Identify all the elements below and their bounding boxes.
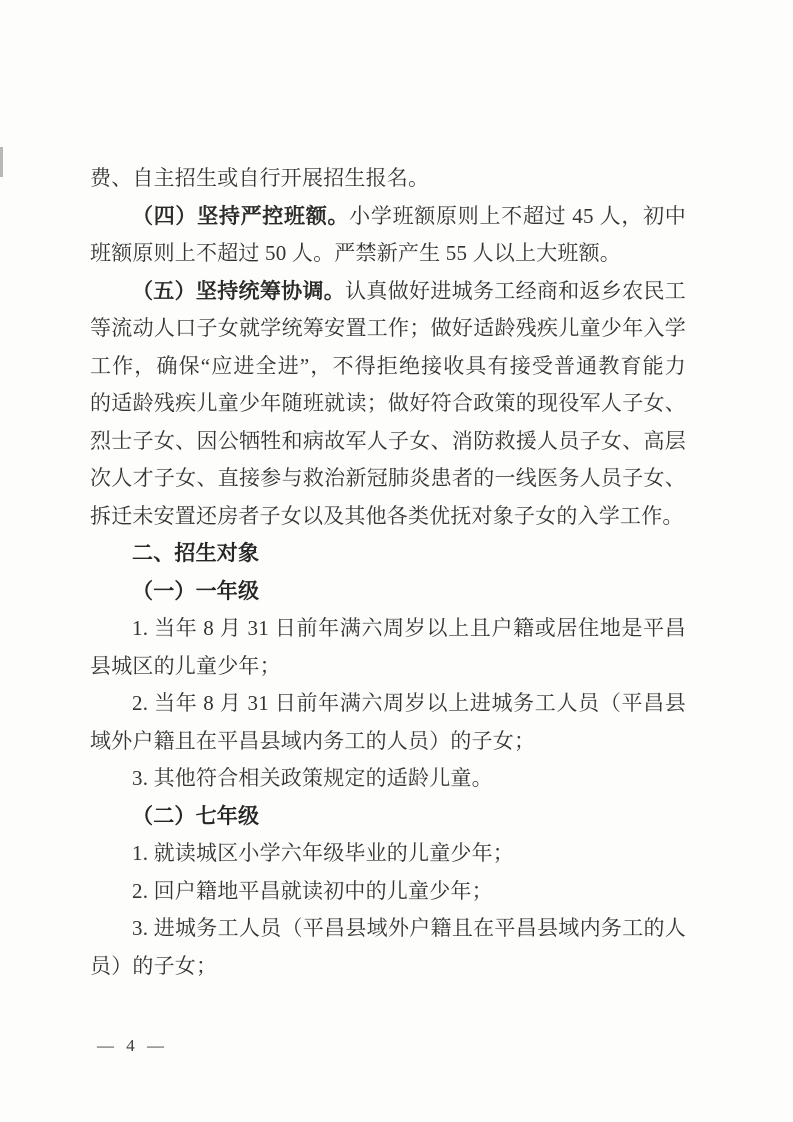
text-segment: 1. 当年 8 月 31 日前年满六周岁以上且户籍或居住地是平昌 [132,616,686,640]
text-segment: 县城区的儿童少年； [90,654,281,678]
text-segment: 费、自主招生或自行开展招生报名。 [90,166,429,190]
text-line: 费、自主招生或自行开展招生报名。 [90,160,686,198]
text-line: （五）坚持统筹协调。认真做好进城务工经商和返乡农民工 [90,273,686,311]
text-line: 烈士子女、因公牺牲和病故军人子女、消防救援人员子女、高层 [90,423,686,461]
text-line: 县城区的儿童少年； [90,648,686,686]
document-body: 费、自主招生或自行开展招生报名。（四）坚持严控班额。小学班额原则上不超过 45 … [90,160,686,985]
text-line: 1. 就读城区小学六年级毕业的儿童少年； [90,835,686,873]
text-segment: 1. 就读城区小学六年级毕业的儿童少年； [132,841,514,865]
text-line: 的适龄残疾儿童少年随班就读；做好符合政策的现役军人子女、 [90,385,686,423]
text-segment: 次人才子女、直接参与救治新冠肺炎患者的一线医务人员子女、 [90,466,686,490]
text-segment: 烈士子女、因公牺牲和病故军人子女、消防救援人员子女、高层 [90,429,686,453]
text-line: 员）的子女； [90,948,686,986]
bold-text-segment: （二）七年级 [132,804,259,828]
text-line: 班额原则上不超过 50 人。严禁新产生 55 人以上大班额。 [90,235,686,273]
text-segment: 3. 其他符合相关政策规定的适龄儿童。 [132,766,493,790]
text-segment: 拆迁未安置还房者子女以及其他各类优抚对象子女的入学工作。 [90,504,684,528]
text-segment: 等流动人口子女就学统筹安置工作；做好适龄残疾儿童少年入学 [90,316,686,340]
text-line: （四）坚持严控班额。小学班额原则上不超过 45 人，初中 [90,198,686,236]
bold-text-segment: （五）坚持统筹协调。 [132,279,345,303]
document-page: 费、自主招生或自行开展招生报名。（四）坚持严控班额。小学班额原则上不超过 45 … [0,0,793,1122]
text-segment: 小学班额原则上不超过 45 人，初中 [349,204,686,228]
bold-text-segment: 二、招生对象 [132,541,259,565]
scan-edge-artifact [0,147,3,177]
heading-line: （二）七年级 [90,798,686,836]
heading-line: 二、招生对象 [90,535,686,573]
text-segment: 班额原则上不超过 50 人。严禁新产生 55 人以上大班额。 [90,241,621,265]
text-line: 等流动人口子女就学统筹安置工作；做好适龄残疾儿童少年入学 [90,310,686,348]
text-segment: 员）的子女； [90,954,217,978]
text-line: 3. 其他符合相关政策规定的适龄儿童。 [90,760,686,798]
text-segment: 认真做好进城务工经商和返乡农民工 [345,279,686,303]
text-line: 2. 当年 8 月 31 日前年满六周岁以上进城务工人员（平昌县 [90,685,686,723]
bold-text-segment: （四）坚持严控班额。 [132,204,349,228]
text-line: 拆迁未安置还房者子女以及其他各类优抚对象子女的入学工作。 [90,498,686,536]
text-segment: 3. 进城务工人员（平昌县域外户籍且在平昌县域内务工的人 [132,916,686,940]
text-line: 2. 回户籍地平昌就读初中的儿童少年； [90,873,686,911]
text-line: 1. 当年 8 月 31 日前年满六周岁以上且户籍或居住地是平昌 [90,610,686,648]
text-line: 次人才子女、直接参与救治新冠肺炎患者的一线医务人员子女、 [90,460,686,498]
text-segment: 工作，确保“应进全进”，不得拒绝接收具有接受普通教育能力 [90,354,686,378]
text-line: 工作，确保“应进全进”，不得拒绝接收具有接受普通教育能力 [90,348,686,386]
text-segment: 2. 回户籍地平昌就读初中的儿童少年； [132,879,493,903]
page-number: — 4 — [97,1036,168,1056]
bold-text-segment: （一）一年级 [132,579,259,603]
heading-line: （一）一年级 [90,573,686,611]
text-segment: 域外户籍且在平昌县域内务工的人员）的子女； [90,729,535,753]
text-line: 域外户籍且在平昌县域内务工的人员）的子女； [90,723,686,761]
text-segment: 的适龄残疾儿童少年随班就读；做好符合政策的现役军人子女、 [90,391,686,415]
text-segment: 2. 当年 8 月 31 日前年满六周岁以上进城务工人员（平昌县 [132,691,686,715]
text-line: 3. 进城务工人员（平昌县域外户籍且在平昌县域内务工的人 [90,910,686,948]
